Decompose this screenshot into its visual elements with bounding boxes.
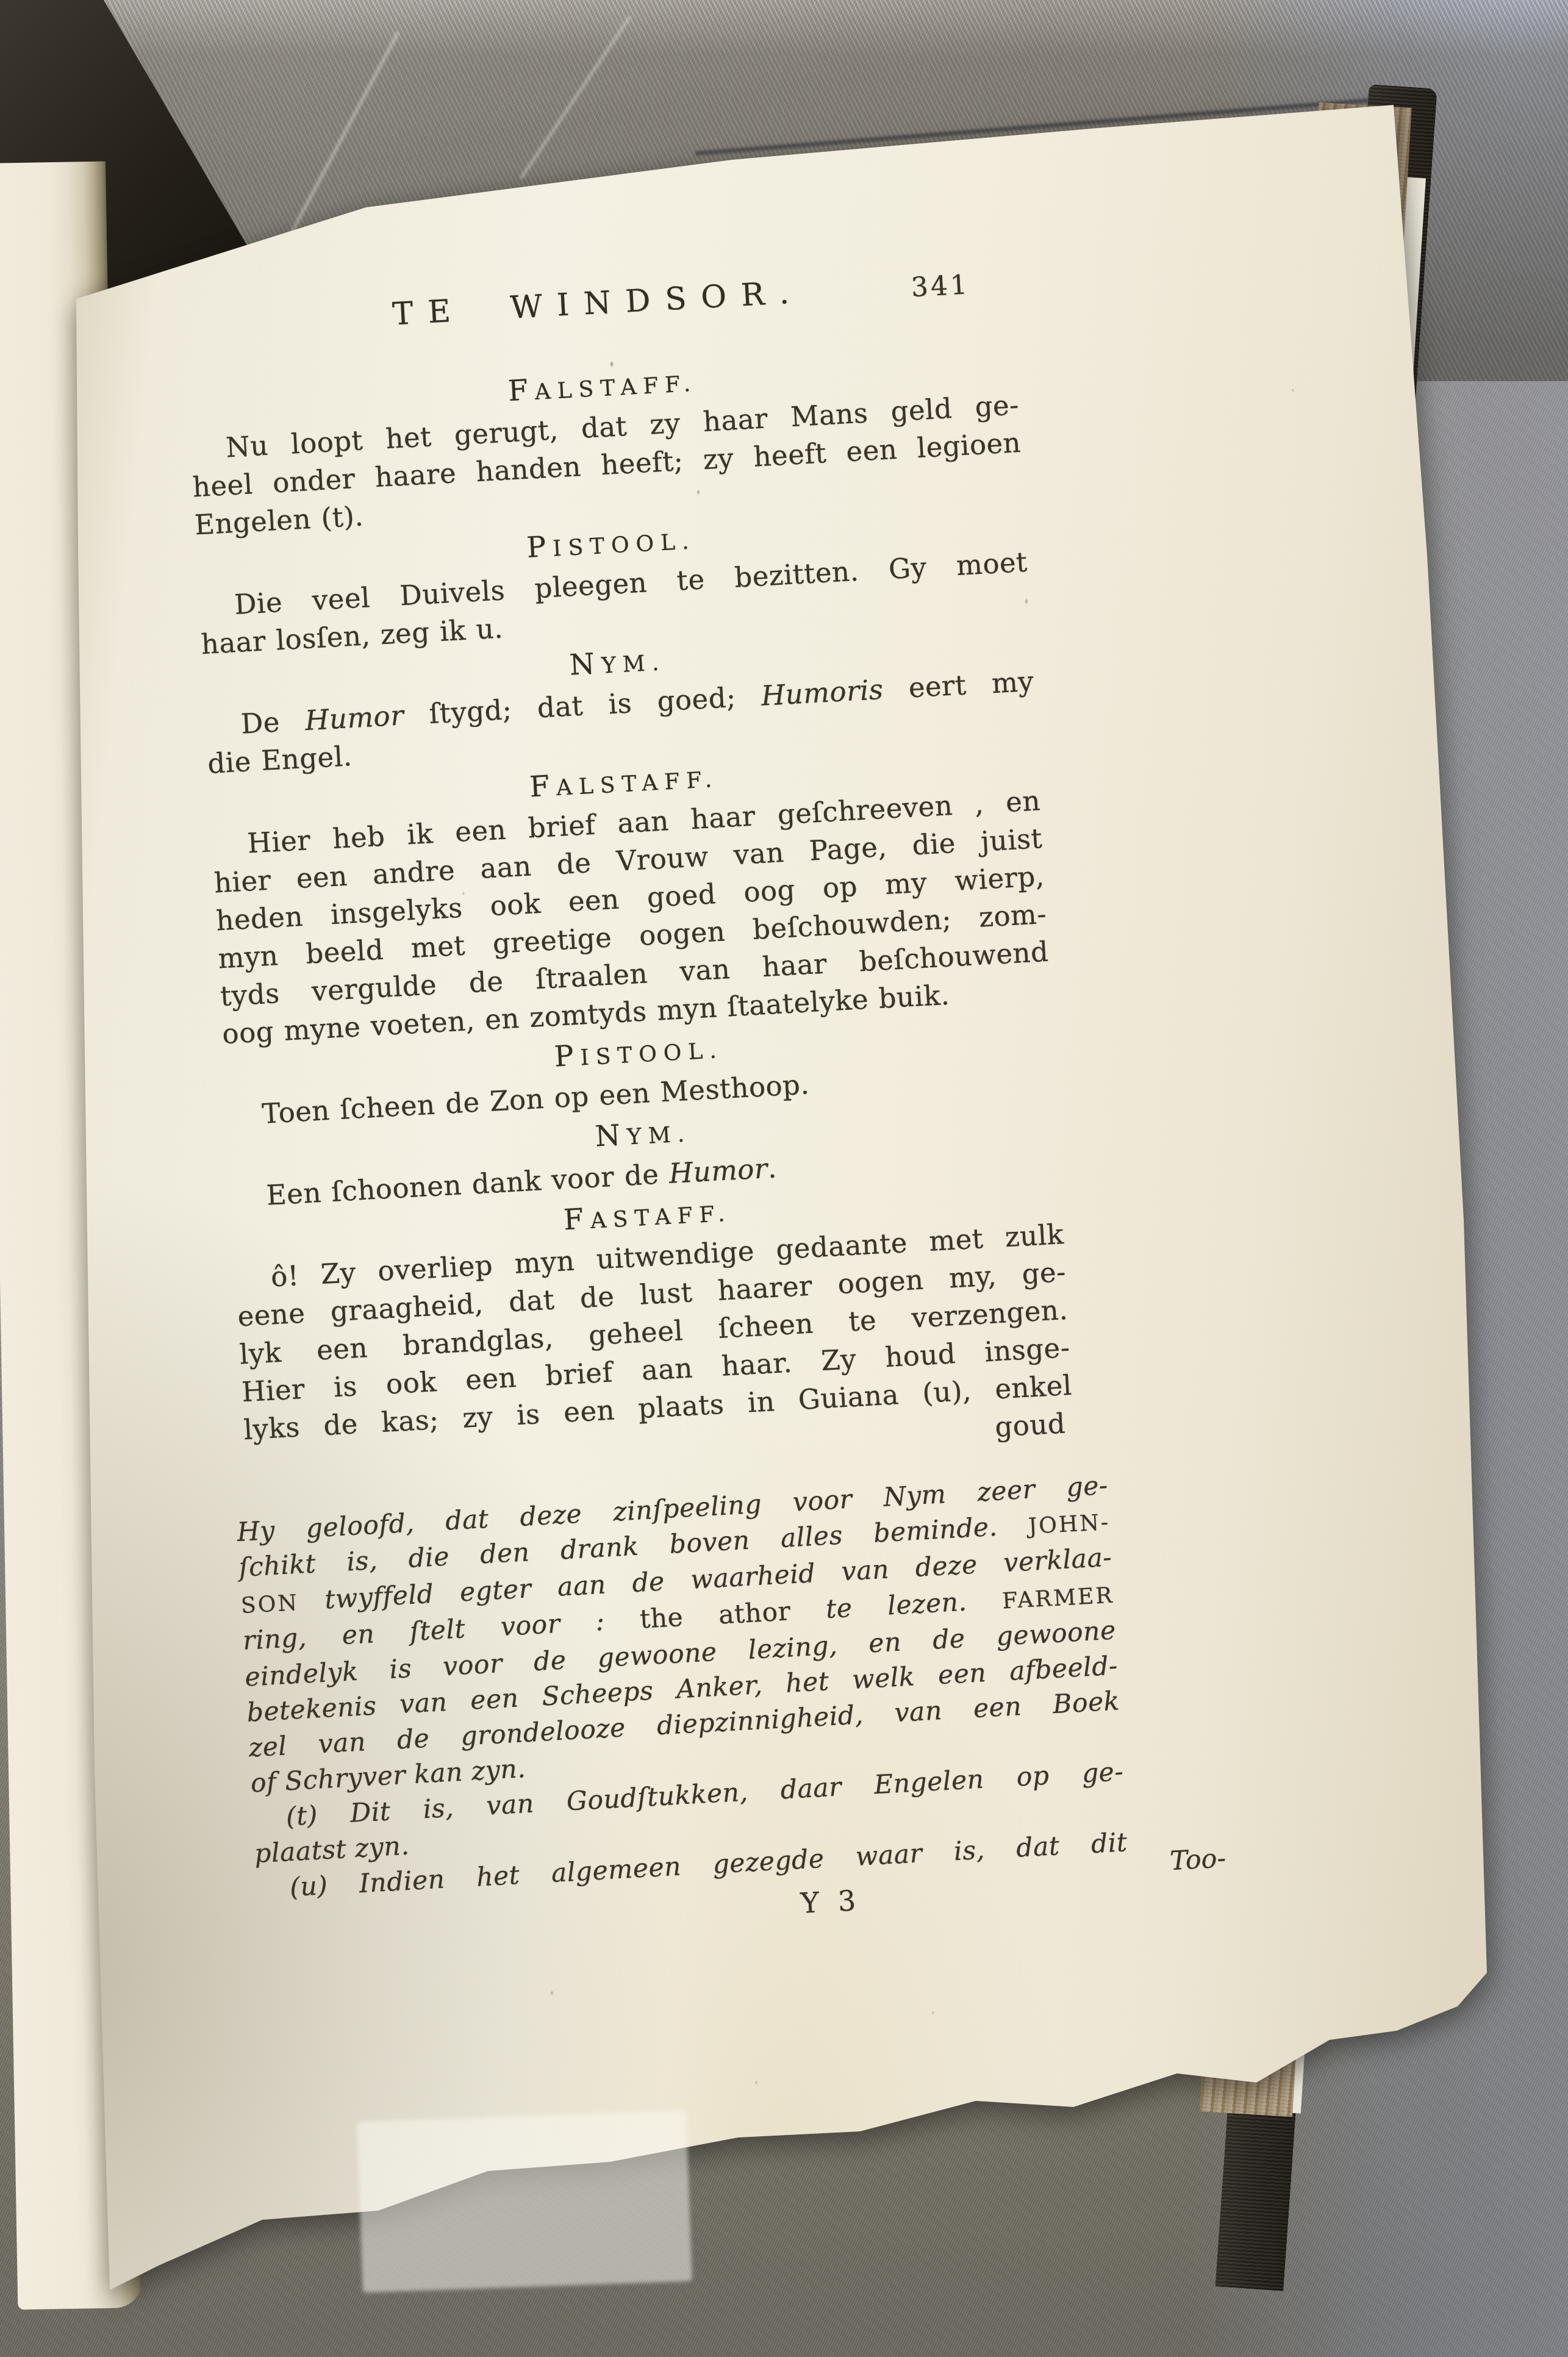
signature-mark: Y 3 — [800, 1884, 861, 1920]
speech-falstaff-3: FASTAFF. ô! Zy overliep myn uitwendige g… — [232, 1176, 1075, 1487]
footnote-block: Hy geloofd, dat deze zinſpeeling voor Ny… — [236, 1468, 1131, 1960]
speech-falstaff-2: FALSTAFF. Hier heb ik een brief aan haar… — [209, 743, 1052, 1053]
text-segment-roman: the athor — [639, 1597, 792, 1634]
page-text-block: TE WINDSOR. 341 FALSTAFF. Nu loopt het g… — [183, 263, 1101, 1959]
text-segment-smallcaps: SON — [240, 1590, 299, 1618]
page-reflection-patch — [357, 2111, 692, 2293]
photo-scene: TE WINDSOR. 341 FALSTAFF. Nu loopt het g… — [0, 0, 1568, 2357]
text-segment-smallcaps: JOHN- — [1028, 1510, 1111, 1539]
text-segment: . — [767, 1151, 778, 1184]
text-segment-italic: Humor — [304, 699, 405, 737]
page-number: 341 — [911, 269, 971, 303]
text-segment-italic: Humor — [668, 1152, 769, 1190]
catchword: Too- — [1169, 1843, 1226, 1876]
text-segment: De — [240, 704, 306, 740]
text-segment: eert my — [882, 665, 1035, 705]
text-segment-italic: Humoris — [761, 673, 884, 712]
text-segment-smallcaps: FARMER — [1001, 1583, 1114, 1614]
footnote-ref: (u) — [289, 1869, 360, 1903]
